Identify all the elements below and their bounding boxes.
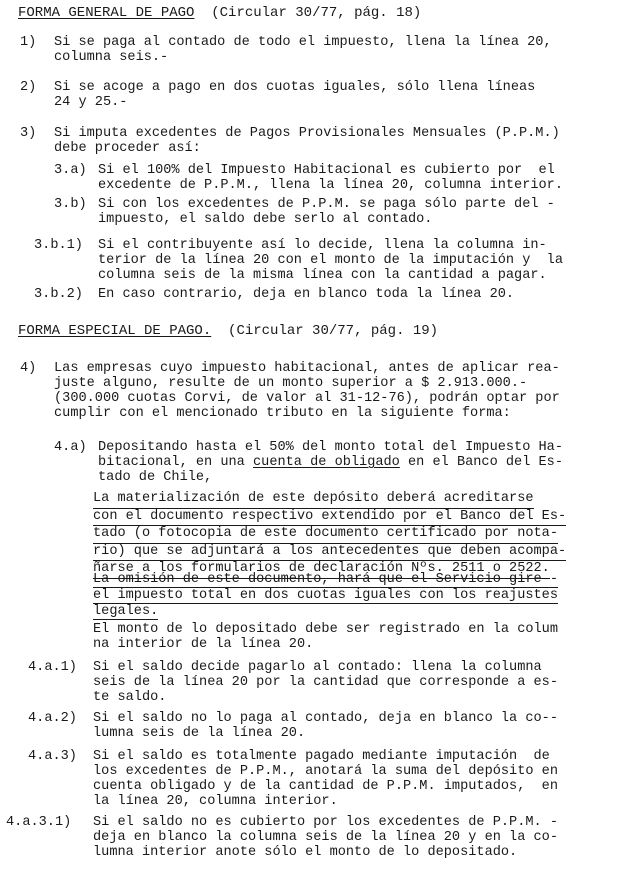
- note-materializacion: La materialización de este depósito debe…: [93, 491, 566, 579]
- item-line: bitacional, en una cuenta de obligado en…: [98, 455, 563, 470]
- item-line: Si se paga al contado de todo el impuest…: [54, 35, 552, 50]
- note-line: rio) que se adjuntará a los antecedentes…: [93, 544, 566, 562]
- item-line: debe proceder así:: [54, 141, 560, 156]
- item-line: juste alguno, resulte de un monto superi…: [54, 376, 560, 391]
- item-number: 3.a): [54, 163, 87, 178]
- item-line: Si el 100% del Impuesto Habitacional es …: [98, 163, 563, 178]
- item-line: columna seis de la misma línea con la ca…: [98, 268, 563, 283]
- item-line: terior de la línea 20 con el monto de la…: [98, 253, 563, 268]
- item-line: excedente de P.P.M., llena la línea 20, …: [98, 178, 563, 193]
- item-line: Depositando hasta el 50% del monto total…: [98, 440, 563, 455]
- item-number: 3.b.1): [34, 238, 83, 253]
- text-span: bitacional, en una: [98, 455, 253, 470]
- item-number: 3): [20, 126, 36, 141]
- item-number: 4.a.1): [28, 660, 77, 675]
- item-line: Si el saldo decide pagarlo al contado: l…: [93, 660, 558, 675]
- item-number: 4.a.3): [28, 749, 77, 764]
- text-span: en el Banco del Es-: [400, 455, 563, 470]
- item-number: 4.a.3.1): [6, 815, 71, 830]
- item-line: tado de Chile,: [98, 470, 563, 485]
- item-line: cumplir con el mencionado tributo en la …: [54, 406, 560, 421]
- item-line: Si el saldo no es cubierto por los exced…: [93, 815, 558, 830]
- section-title: FORMA GENERAL DE PAGO: [18, 5, 194, 21]
- item-number: 3.b.2): [34, 287, 83, 302]
- item-3b: Si con los excedentes de P.P.M. se paga …: [98, 197, 555, 227]
- section-heading-special: FORMA ESPECIAL DE PAGO. (Circular 30/77,…: [18, 324, 438, 339]
- item-4a: Depositando hasta el 50% del monto total…: [98, 440, 563, 485]
- item-line: Si imputa excedentes de Pagos Provisiona…: [54, 126, 560, 141]
- note-line: legales.: [93, 604, 158, 620]
- section-title: FORMA ESPECIAL DE PAGO.: [18, 323, 211, 339]
- item-line: la línea 20, columna interior.: [93, 794, 558, 809]
- item-line: (300.000 cuotas Corvi, de valor al 31-12…: [54, 391, 560, 406]
- section-reference: (Circular 30/77, pág. 18): [211, 5, 421, 21]
- note-line: con el documento respectivo extendido po…: [93, 509, 566, 527]
- item-line: seis de la línea 20 por la cantidad que …: [93, 675, 558, 690]
- item-3a: Si el 100% del Impuesto Habitacional es …: [98, 163, 563, 193]
- note-line: El monto de lo depositado debe ser regis…: [93, 622, 558, 637]
- item-line: 24 y 25.-: [54, 95, 535, 110]
- item-number: 1): [20, 35, 36, 50]
- item-line: Las empresas cuyo impuesto habitacional,…: [54, 361, 560, 376]
- item-line: Si el saldo no lo paga al contado, deja …: [93, 711, 558, 726]
- item-line: cuenta obligado y de la cantidad de P.P.…: [93, 779, 558, 794]
- item-line: Si el contribuyente así lo decide, llena…: [98, 238, 563, 253]
- item-line: los excedentes de P.P.M., anotará la sum…: [93, 764, 558, 779]
- document-page: FORMA GENERAL DE PAGO (Circular 30/77, p…: [0, 0, 630, 877]
- note-line: tado (o fotocopia de este documento cert…: [93, 526, 558, 544]
- item-3: Si imputa excedentes de Pagos Provisiona…: [54, 126, 560, 156]
- underlined-term: cuenta de obligado: [253, 455, 400, 470]
- item-1: Si se paga al contado de todo el impuest…: [54, 35, 552, 65]
- item-line: impuesto, el saldo debe serlo al contado…: [98, 212, 555, 227]
- item-2: Si se acoge a pago en dos cuotas iguales…: [54, 80, 535, 110]
- item-3b2: En caso contrario, deja en blanco toda l…: [98, 287, 514, 302]
- note-line: La materialización de este depósito debe…: [93, 491, 534, 509]
- note-line: La omisión de este documento, hará que e…: [93, 572, 558, 588]
- item-line: te saldo.: [93, 690, 558, 705]
- item-4a1: Si el saldo decide pagarlo al contado: l…: [93, 660, 558, 705]
- item-number: 4): [20, 361, 36, 376]
- item-number: 3.b): [54, 197, 87, 212]
- item-line: En caso contrario, deja en blanco toda l…: [98, 287, 514, 302]
- item-4a2: Si el saldo no lo paga al contado, deja …: [93, 711, 558, 741]
- item-number: 4.a): [54, 440, 87, 455]
- note-monto: El monto de lo depositado debe ser regis…: [93, 622, 558, 652]
- item-line: columna seis.-: [54, 50, 552, 65]
- item-3b1: Si el contribuyente así lo decide, llena…: [98, 238, 563, 283]
- note-omision: La omisión de este documento, hará que e…: [93, 572, 558, 620]
- item-4a31: Si el saldo no es cubierto por los exced…: [93, 815, 558, 860]
- item-line: Si el saldo es totalmente pagado mediant…: [93, 749, 558, 764]
- item-number: 4.a.2): [28, 711, 77, 726]
- item-4a3: Si el saldo es totalmente pagado mediant…: [93, 749, 558, 809]
- item-line: Si se acoge a pago en dos cuotas iguales…: [54, 80, 535, 95]
- note-line: na interior de la línea 20.: [93, 637, 558, 652]
- item-line: deja en blanco la columna seis de la lín…: [93, 830, 558, 845]
- item-line: lumna seis de la línea 20.: [93, 726, 558, 741]
- section-heading-general: FORMA GENERAL DE PAGO (Circular 30/77, p…: [18, 6, 421, 21]
- item-number: 2): [20, 80, 36, 95]
- section-reference: (Circular 30/77, pág. 19): [228, 323, 438, 339]
- item-4: Las empresas cuyo impuesto habitacional,…: [54, 361, 560, 421]
- item-line: lumna interior anote sólo el monto de lo…: [93, 845, 558, 860]
- note-line: el impuesto total en dos cuotas iguales …: [93, 588, 558, 604]
- item-line: Si con los excedentes de P.P.M. se paga …: [98, 197, 555, 212]
